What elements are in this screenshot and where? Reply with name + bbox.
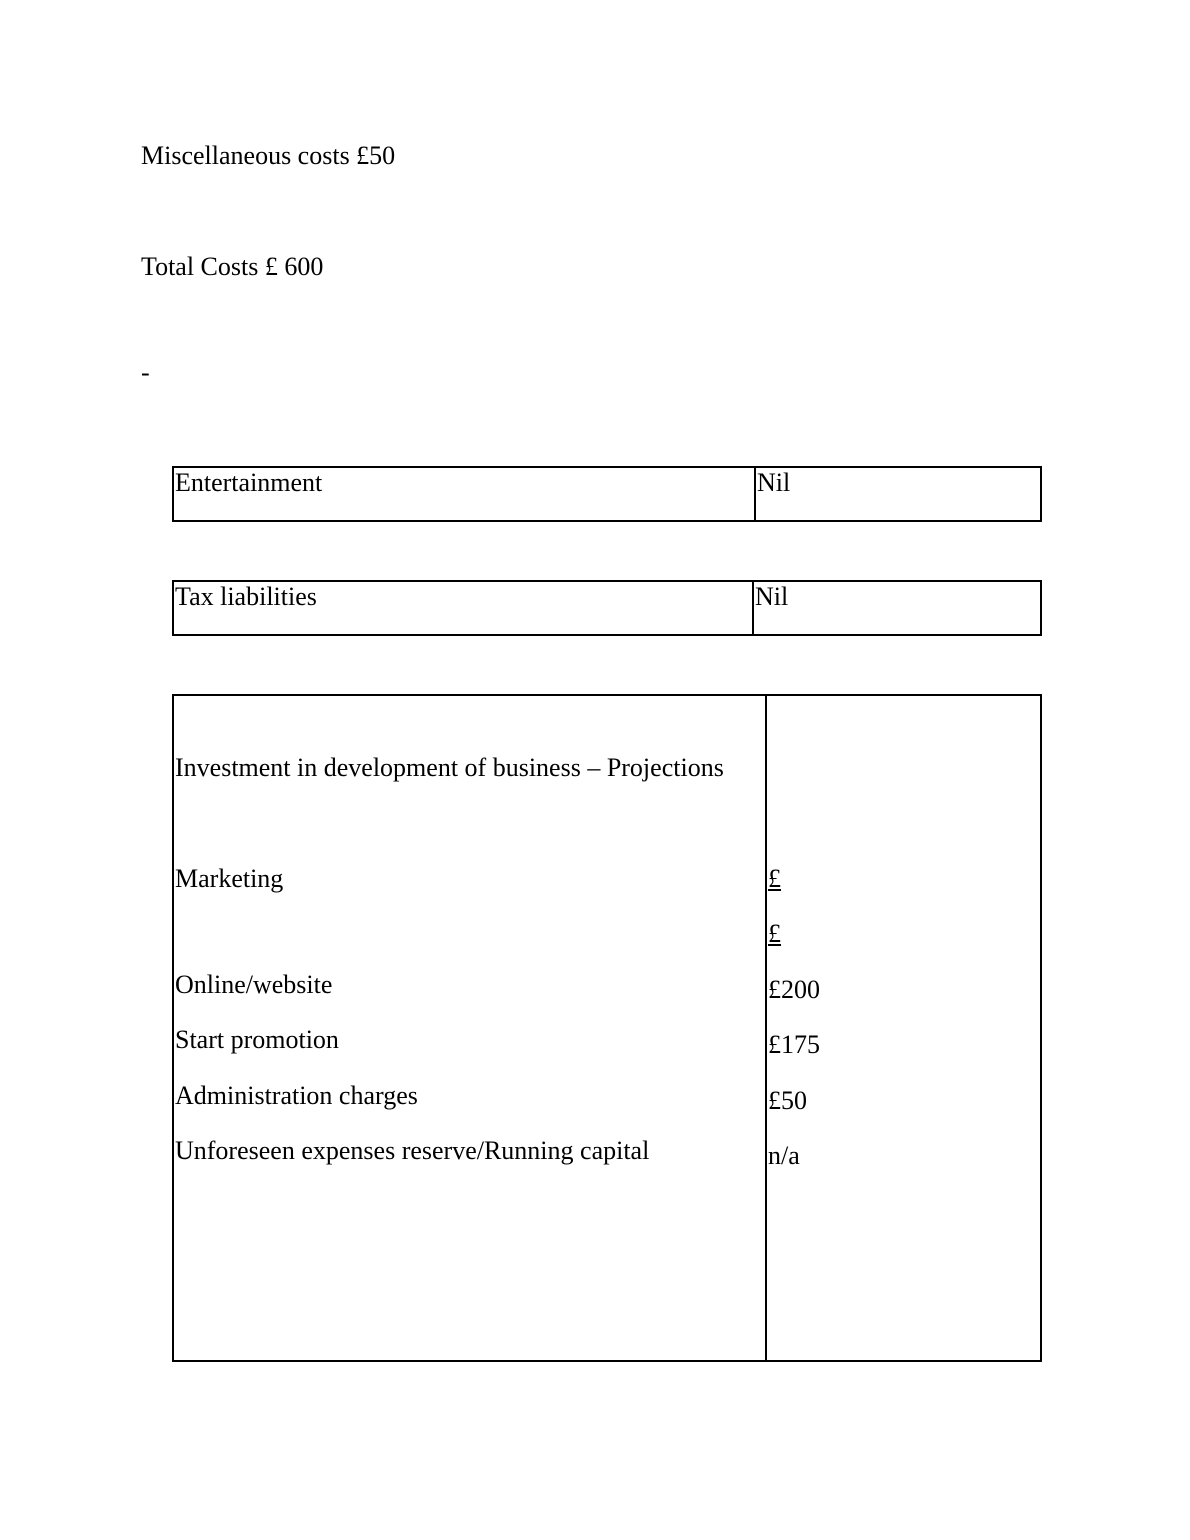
- row-label-marketing: Marketing: [175, 864, 283, 894]
- tax-liabilities-label: Tax liabilities: [173, 581, 753, 635]
- tax-liabilities-value: Nil: [753, 581, 1041, 635]
- entertainment-value: Nil: [755, 467, 1041, 521]
- row-label-online-website: Online/website: [175, 970, 332, 1000]
- investment-projections-table: Investment in development of business – …: [172, 694, 1042, 1362]
- row-label-administration-charges: Administration charges: [175, 1081, 418, 1111]
- row-value-marketing: £: [768, 864, 781, 894]
- entertainment-label: Entertainment: [173, 467, 755, 521]
- row-label-start-promotion: Start promotion: [175, 1025, 339, 1055]
- dash-text: -: [141, 358, 150, 388]
- row-value-online-website: £200: [768, 975, 820, 1005]
- investment-values-cell: £ £ £200 £175 £50 n/a: [766, 695, 1041, 1361]
- misc-costs-text: Miscellaneous costs £50: [141, 141, 395, 171]
- row-label-unforeseen-expenses: Unforeseen expenses reserve/Running capi…: [175, 1136, 649, 1166]
- row-value-administration-charges: £50: [768, 1086, 807, 1116]
- investment-heading: Investment in development of business – …: [175, 753, 724, 783]
- entertainment-table: Entertainment Nil: [172, 466, 1042, 522]
- row-value-blank: £: [768, 919, 781, 949]
- table-row: Tax liabilities Nil: [173, 581, 1041, 635]
- table-row: Investment in development of business – …: [173, 695, 1041, 1361]
- tax-liabilities-table: Tax liabilities Nil: [172, 580, 1042, 636]
- table-row: Entertainment Nil: [173, 467, 1041, 521]
- row-value-unforeseen-expenses: n/a: [768, 1141, 800, 1171]
- total-costs-text: Total Costs £ 600: [141, 252, 323, 282]
- row-value-start-promotion: £175: [768, 1030, 820, 1060]
- investment-labels-cell: Investment in development of business – …: [173, 695, 766, 1361]
